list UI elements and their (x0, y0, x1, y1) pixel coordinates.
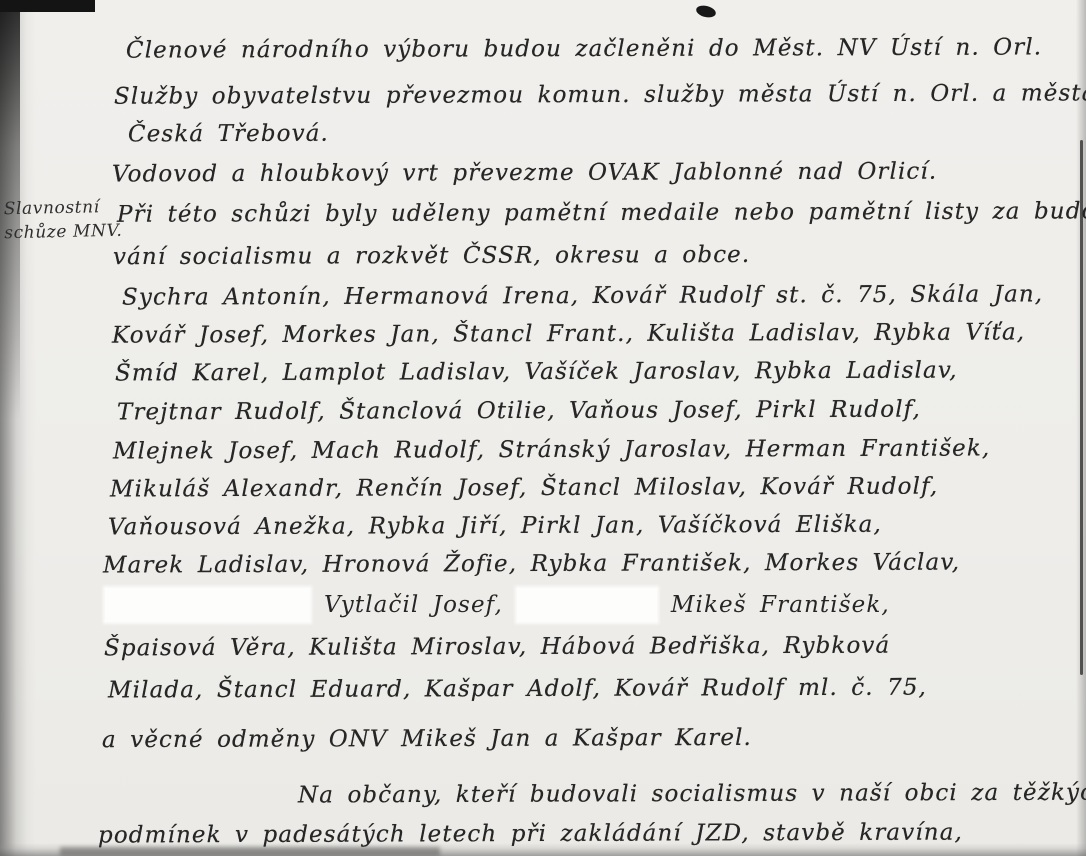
handwritten-line: podmínek v padesátých letech při zakládá… (98, 819, 963, 848)
handwritten-segment: Mikeš František, (671, 592, 890, 618)
handwritten-line: vání socialismu a rozkvět ČSSR, okresu a… (113, 242, 750, 270)
handwritten-line: Česká Třebová. (128, 121, 329, 148)
handwritten-line-with-redactions: Vytlačil Josef, Mikeš František, (105, 588, 890, 622)
handwritten-line: Špaisová Věra, Kulišta Miroslav, Hábová … (104, 633, 890, 662)
handwritten-line: Šmíd Karel, Lamplot Ladislav, Vašíček Ja… (115, 358, 958, 387)
handwritten-line: Služby obyvatelstvu převezmou komun. slu… (114, 80, 1086, 109)
scanned-chronicle-page: Slavnostní schůze MNV. Členové národního… (0, 0, 1086, 856)
handwritten-line: Milada, Štancl Eduard, Kašpar Adolf, Kov… (108, 675, 927, 704)
handwritten-line: Marek Ladislav, Hronová Žofie, Rybka Fra… (103, 550, 960, 579)
scan-black-corner (0, 0, 95, 12)
margin-note: Slavnostní schůze MNV. (4, 195, 123, 245)
handwritten-line: Vaňousová Anežka, Rybka Jiří, Pirkl Jan,… (108, 512, 882, 541)
margin-note-line2: schůze MNV. (4, 219, 123, 245)
handwritten-line: a věcné odměny ONV Mikeš Jan a Kašpar Ka… (102, 725, 752, 753)
margin-note-line1: Slavnostní (4, 195, 123, 221)
handwritten-line: Členové národního výboru budou začleněni… (126, 34, 1042, 63)
handwritten-line: Sychra Antonín, Hermanová Irena, Kovář R… (122, 281, 1043, 310)
handwritten-line: Kovář Josef, Morkes Jan, Štancl Frant., … (112, 319, 1025, 348)
scan-speck (695, 4, 717, 20)
handwritten-line: Mlejnek Josef, Mach Rudolf, Stránský Jar… (113, 435, 990, 464)
redaction-box (517, 588, 657, 622)
handwritten-line: Při této schůzi byly uděleny pamětní med… (117, 198, 1086, 227)
redaction-box (105, 588, 310, 622)
handwritten-line: Vodovod a hloubkový vrt převezme OVAK Ja… (112, 159, 937, 188)
handwritten-line: Trejtnar Rudolf, Štanclová Otilie, Vaňou… (117, 397, 921, 426)
handwritten-line: Na občany, kteří budovali socialismus v … (298, 780, 1086, 809)
handwritten-line: Mikuláš Alexandr, Renčín Josef, Štancl M… (110, 474, 938, 503)
handwritten-segment: Vytlačil Josef, (324, 592, 503, 618)
